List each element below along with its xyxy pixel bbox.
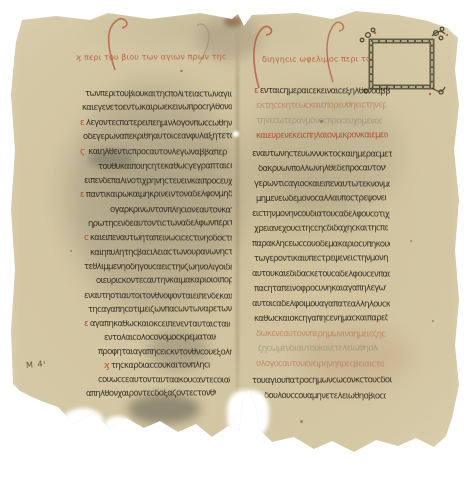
text-line: δουλουϲϲουαμηνετελειωθηοβιοϲαμην	[264, 392, 386, 402]
text-line: αυτουκαιεδιδαϲκετουϲαδελφουϲενπαϲηταπειν…	[252, 270, 390, 280]
text-line: γερωντιϲαγιοϲκαιειπεναυτωτεκνονμουαγαπητ…	[254, 180, 390, 190]
hole	[104, 416, 132, 436]
parchment-leaf: ϗ περι του βιου των αγιων πρων τηϲ ϲκητε…	[0, 0, 472, 477]
text-line: καιευρενεκειϲπηλαιονμικρονκαιεμεινενεναυ…	[256, 131, 388, 141]
text-line: ολογοϲαυτουενειρηνηπρεϲβειαιϲτουαγιου	[256, 360, 384, 370]
text-line: καθωϲκαιοκϲηγαπηϲενημαϲκαιπαρεδωκενεαυτο…	[254, 314, 388, 324]
text-line: εενταιϲημεραιϲεκειναιϲεξηλθενοαββαμακαρι…	[254, 87, 390, 97]
text-line: τωγεροντικαιυπεϲτρεψενειϲτηνμονηναυτου	[254, 254, 388, 264]
text-line: δωκενεαυτονυπερημωνιναημειϲζηϲωμενδιαυτο…	[256, 330, 386, 340]
shelfmark-annotation: M 4ᵗ	[26, 359, 48, 370]
hole	[227, 390, 269, 438]
text-line: τηνεϲωτερανμονοϲπροϲευχομενοϲτωθωαμην	[256, 117, 382, 127]
text-line: τουαγιουπατροϲημωνϲωϲονκϲτουϲδουλουϲϲου	[252, 376, 392, 386]
rubric-line: διηγηϲιϲ ωφελιμοϲ περι του αββα μακαριου	[262, 54, 374, 64]
red-initial: ε	[254, 87, 258, 96]
text-line: εκτηϲϲκητεωϲκαιεπορευθηειϲτηνερημοναμην	[256, 101, 386, 111]
text-line: μημενεωδεμονοϲαλλαυποϲτρεψονειϲτηνμονην	[256, 194, 386, 204]
text-line: παρακληϲεωϲϲουοδεμακαριοϲυπηκουϲετωγερον…	[252, 240, 390, 250]
text-line: ειϲτηνμονηνϲουδιατουϲαδελφουϲοτιχρειαν	[252, 210, 390, 220]
text-line: δακρυωνπολλωνηλθεδεπροϲαυτονγερωντιϲαγιο…	[258, 164, 386, 174]
manuscript-photo: ϗ περι του βιου των αγιων πρων τηϲ ϲκητε…	[0, 0, 472, 477]
hole	[233, 131, 239, 137]
text-line: χρειανεχουϲιτηϲϲηϲδιδαχηϲκαιτηϲπαρακληϲε…	[254, 224, 388, 234]
text-line: εναυτωνηϲτευωννυκτοϲκαιημεραϲμεταδακρυων	[252, 150, 392, 160]
text-line: παϲηταπεινοφροϲυνηκαιαγαπηλεγωναυτοιϲαδε…	[254, 284, 386, 294]
text-line: αυτοιϲαδελφοιμουαγαπατεαλληλουϲκαθωϲκαιο…	[252, 300, 390, 310]
hole	[62, 408, 104, 436]
text-line: ζηϲωμενδιαυτουκαιετελειωθηολογοϲαυτου	[258, 344, 378, 354]
